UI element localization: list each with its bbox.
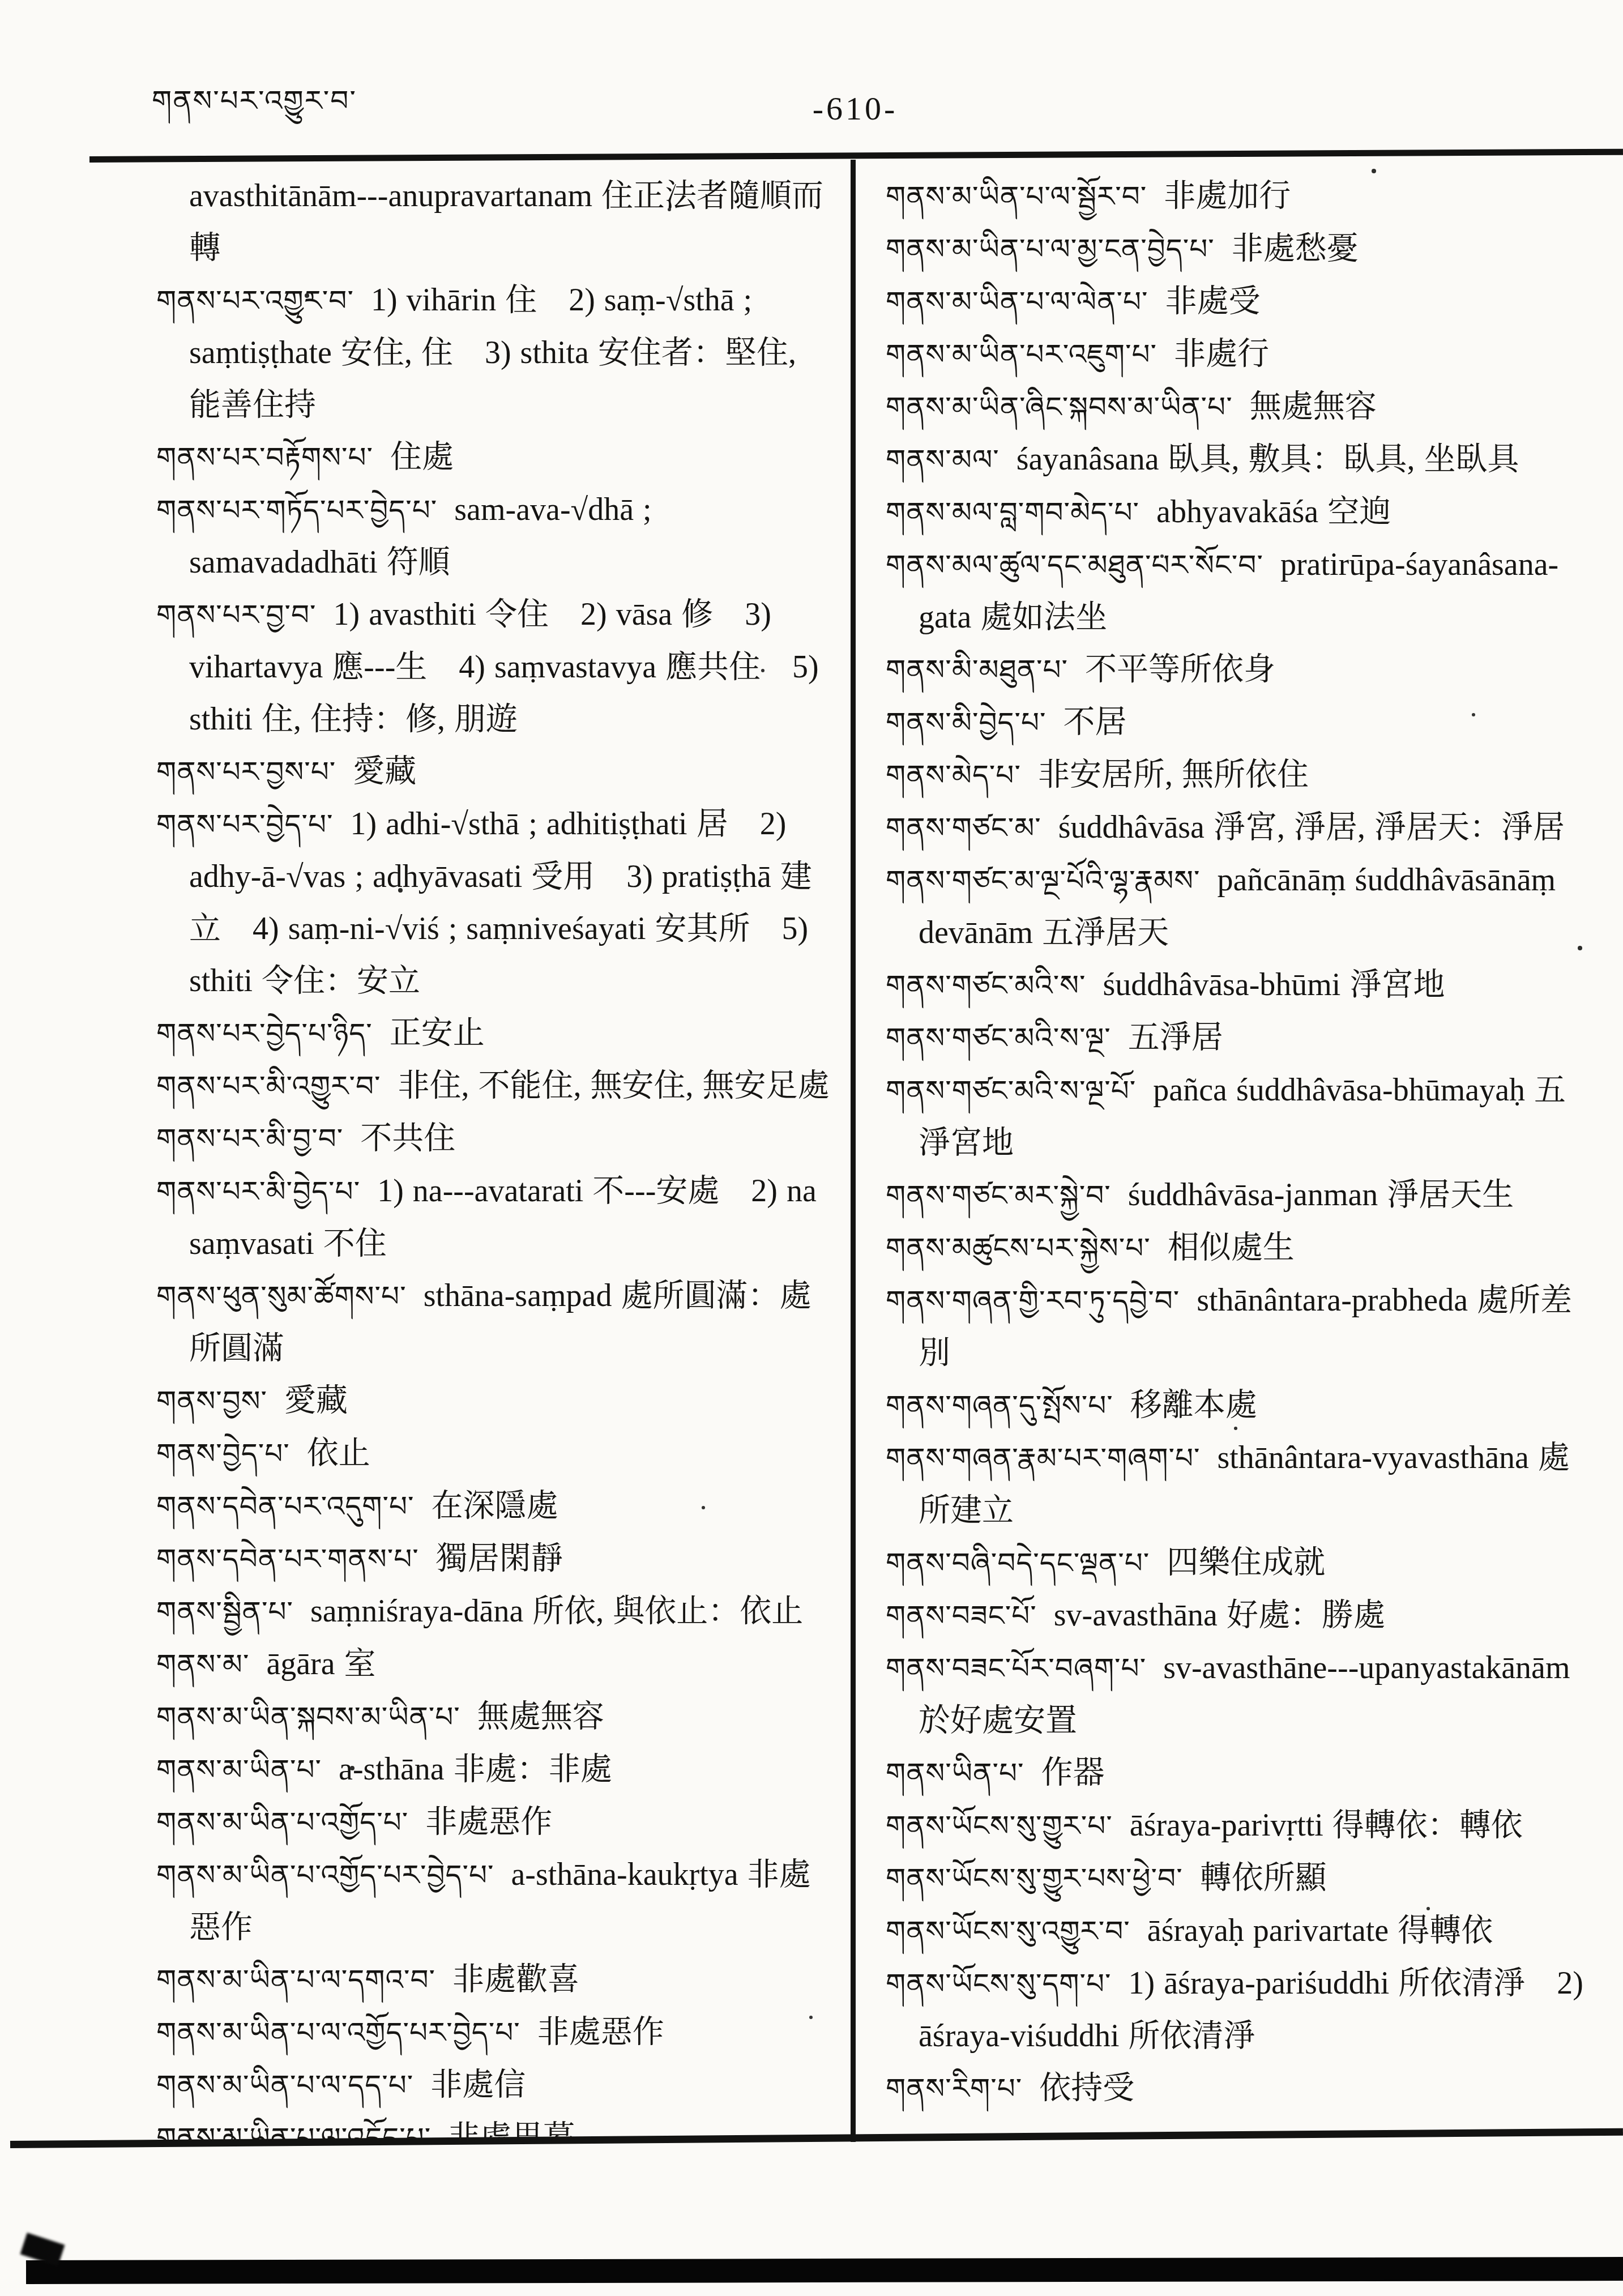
dictionary-entry: གནས་མ་ཡིན་པར་འཇུག་པ་非處行 bbox=[886, 328, 1594, 381]
scan-artifact-bottom-band bbox=[26, 2257, 1623, 2284]
tibetan-headword: གནས་པར་བྱ་བ་ bbox=[156, 599, 317, 631]
page-number: -610- bbox=[781, 89, 929, 127]
dictionary-entry: གནས་མ་ཡིན་པ་ལ་སྦྱོར་བ་非處加行 bbox=[886, 170, 1594, 223]
entry-definition: 無處無容 bbox=[1250, 389, 1377, 424]
tibetan-headword: གནས་མ་ཡིན་པ་ལ་མྱ་ངན་བྱེད་པ་ bbox=[886, 233, 1215, 266]
tibetan-headword: གནས་ཡོངས་སུ་གྱུར་པས་ཕྱེ་བ་ bbox=[886, 1862, 1183, 1895]
tibetan-headword: གནས་བྱེད་པ་ bbox=[156, 1437, 290, 1470]
entry-definition: 非處受 bbox=[1165, 284, 1261, 319]
dictionary-entry: གནས་བྱས་愛藏 bbox=[156, 1375, 836, 1427]
tibetan-headword: གནས་མལ་ཚུལ་དང་མཐུན་པར་སོང་བ་ bbox=[886, 549, 1263, 582]
entry-definition: 非處惡作 bbox=[537, 2015, 664, 2050]
entry-definition: a-sthāna 非處：非處 bbox=[339, 1752, 612, 1787]
tibetan-headword: གནས་གཞན་རྣམ་པར་གཞག་པ་ bbox=[886, 1442, 1200, 1475]
tibetan-headword: གནས་ཡོངས་སུ་དག་པ་ bbox=[886, 1968, 1112, 2000]
dictionary-entry: གནས་མ་āgāra 室 bbox=[156, 1638, 836, 1691]
header-rule bbox=[89, 149, 1623, 163]
tibetan-headword: གནས་མ་ཡིན་པ་ལ་དགའ་བ་ bbox=[156, 1964, 435, 1996]
entry-definition: 非處加行 bbox=[1164, 178, 1291, 214]
entry-definition: 非處思慕 bbox=[448, 2120, 575, 2141]
dictionary-entry: གནས་པར་འགྱུར་བ་1) vihārin 住 2) saṃ-√sthā… bbox=[156, 274, 836, 431]
tibetan-headword: གནས་རིག་པ་ bbox=[886, 2072, 1022, 2105]
dictionary-entry: གནས་པར་བྱས་པ་愛藏 bbox=[156, 745, 836, 798]
dictionary-entry: གནས་མཚུངས་པར་སྐྱེས་པ་相似處生 bbox=[886, 1222, 1594, 1274]
entry-definition: abhyavakāśa 空逈 bbox=[1156, 494, 1391, 530]
dictionary-entry: གནས་ཡོངས་སུ་དག་པ་1) āśraya-pariśuddhi 所依… bbox=[886, 1957, 1594, 2062]
tibetan-headword: གནས་ཡིན་པ་ bbox=[886, 1757, 1024, 1790]
dictionary-entry: གནས་མལ་བླ་གབ་མེད་པ་abhyavakāśa 空逈 bbox=[886, 486, 1594, 539]
entry-definition: 非處歡喜 bbox=[452, 1962, 579, 1997]
entry-definition: 正安止 bbox=[390, 1015, 485, 1051]
entry-definition: 作器 bbox=[1041, 1755, 1104, 1790]
tibetan-headword: གནས་བཞི་བདེ་དང་ལྡན་པ་ bbox=[886, 1547, 1150, 1580]
tibetan-headword: གནས་གཙང་མ་ bbox=[886, 812, 1041, 844]
entry-definition: avasthitānām---anupravartanam 住正法者隨順而轉 bbox=[189, 178, 823, 266]
dictionary-entry: གནས་མེད་པ་非安居所, 無所依住 bbox=[886, 749, 1594, 801]
entry-definition: 非安居所, 無所依住 bbox=[1038, 757, 1309, 792]
dictionary-entry: གནས་པར་བརྟོགས་པ་住處 bbox=[156, 431, 836, 484]
tibetan-headword: གནས་མ་ཡིན་པ་ལ་འདོད་པ་ bbox=[156, 2122, 431, 2141]
entry-definition: sv-avasthāna 好處：勝處 bbox=[1054, 1598, 1385, 1633]
dictionary-entry: གནས་མ་ཡིན་པ་ལ་དགའ་བ་非處歡喜 bbox=[156, 1953, 836, 2006]
dictionary-entry: གནས་མལ་śayanâsana 臥具, 敷具：臥具, 坐臥具 bbox=[886, 433, 1594, 486]
dictionary-entry: གནས་མ་ཡིན་པ་འགྱོད་པ་非處惡作 bbox=[156, 1796, 836, 1849]
entry-definition: āgāra 室 bbox=[266, 1646, 375, 1682]
dictionary-entry: གནས་པར་བྱེད་པ་1) adhi-√sthā ; adhitiṣṭha… bbox=[156, 798, 836, 1007]
tibetan-headword: གནས་པར་བྱས་པ་ bbox=[156, 756, 336, 788]
dictionary-entry: གནས་ཕུན་སུམ་ཚོགས་པ་sthāna-saṃpad 處所圓滿：處所… bbox=[156, 1270, 836, 1375]
entry-definition: āśraya-parivṛtti 得轉依：轉依 bbox=[1130, 1808, 1523, 1843]
dictionary-entry: གནས་པར་བྱེད་པ་ཉིད་正安止 bbox=[156, 1007, 836, 1060]
entry-definition: 不居 bbox=[1063, 705, 1126, 740]
left-column: avasthitānām---anupravartanam 住正法者隨順而轉གན… bbox=[156, 170, 836, 2141]
tibetan-headword: གནས་གཙང་མའི་ས་ལྔ་པོ་ bbox=[886, 1074, 1136, 1107]
dictionary-entry: གནས་མ་ཡིན་སྐབས་མ་ཡིན་པ་無處無容 bbox=[156, 1691, 836, 1743]
tibetan-headword: གནས་གཙང་མའི་ས་ bbox=[886, 969, 1086, 1002]
tibetan-headword: གནས་མི་མཐུན་པ་ bbox=[886, 654, 1068, 686]
entry-definition: 不平等所依身 bbox=[1085, 652, 1275, 687]
tibetan-headword: གནས་མ་ཡིན་ཞིང་སྐབས་མ་ཡིན་པ་ bbox=[886, 391, 1233, 424]
dictionary-entry: avasthitānām---anupravartanam 住正法者隨順而轉 bbox=[156, 170, 836, 274]
tibetan-headword: གནས་མལ་ bbox=[886, 443, 1000, 476]
tibetan-headword: གནས་པར་འགྱུར་བ་ bbox=[156, 284, 354, 317]
tibetan-headword: གནས་དབེན་པར་འདུག་པ་ bbox=[156, 1490, 415, 1523]
tibetan-headword: གནས་པར་མི་བྱ་བ་ bbox=[156, 1123, 343, 1155]
entry-definition: 在深隱處 bbox=[432, 1488, 558, 1523]
tibetan-headword: གནས་པར་བྱེད་པ་ bbox=[156, 808, 334, 841]
dictionary-entry: གནས་གཙང་མ་ལྔ་པོའི་ལྷ་རྣམས་pañcānāṃ śuddh… bbox=[886, 854, 1594, 959]
right-column: གནས་མ་ཡིན་པ་ལ་སྦྱོར་བ་非處加行གནས་མ་ཡིན་པ་ལ་… bbox=[886, 170, 1594, 2141]
column-divider bbox=[851, 160, 856, 2142]
tibetan-headword: གནས་མ་ཡིན་པ་ bbox=[156, 1753, 322, 1786]
dictionary-entry: གནས་པར་གཏོད་པར་བྱེད་པ་sam-ava-√dhā ; sam… bbox=[156, 484, 836, 588]
entry-definition: 愛藏 bbox=[353, 754, 416, 789]
entry-definition: 相似處生 bbox=[1168, 1230, 1295, 1265]
entry-definition: 住處 bbox=[390, 439, 454, 475]
entry-definition: 獨居閑靜 bbox=[436, 1541, 563, 1576]
tibetan-headword: གནས་པར་བརྟོགས་པ་ bbox=[156, 441, 373, 474]
entry-definition: 非處愁憂 bbox=[1232, 231, 1359, 266]
dictionary-entry: གནས་གཙང་མའི་ས་śuddhâvāsa-bhūmi 淨宮地 bbox=[886, 959, 1594, 1012]
scan-artifact-speckles bbox=[0, 0, 2, 2]
entry-definition: 移離本處 bbox=[1130, 1388, 1257, 1423]
tibetan-headword: གནས་པར་མི་འགྱུར་བ་ bbox=[156, 1070, 381, 1103]
tibetan-headword: གནས་གཞན་དུ་སྤོས་པ་ bbox=[886, 1389, 1113, 1422]
tibetan-headword: གནས་བྱས་ bbox=[156, 1385, 267, 1418]
tibetan-headword: གནས་ཡོངས་སུ་གྱུར་པ་ bbox=[886, 1810, 1113, 1842]
entry-definition: śuddhâvāsa 淨宮, 淨居, 淨居天：淨居 bbox=[1058, 810, 1565, 845]
dictionary-entry: གནས་གཙང་མའི་ས་ལྔ་五淨居 bbox=[886, 1012, 1594, 1064]
entry-definition: 五淨居 bbox=[1128, 1020, 1223, 1055]
tibetan-headword: གནས་གཙང་མར་སྐྱེ་བ་ bbox=[886, 1179, 1111, 1212]
tibetan-headword: གནས་མ་ bbox=[156, 1648, 249, 1681]
tibetan-headword: གནས་མ་ཡིན་པར་འཇུག་པ་ bbox=[886, 338, 1157, 371]
entry-definition: 四樂住成就 bbox=[1167, 1545, 1325, 1580]
tibetan-headword: གནས་ཡོངས་སུ་འགྱུར་བ་ bbox=[886, 1915, 1130, 1948]
tibetan-headword: གནས་མ་ཡིན་པ་ལ་ལེན་པ་ bbox=[886, 285, 1148, 318]
tibetan-headword: གནས་གཙང་མ་ལྔ་པོའི་ལྷ་རྣམས་ bbox=[886, 864, 1201, 897]
dictionary-entry: གནས་གཞན་དུ་སྤོས་པ་移離本處 bbox=[886, 1379, 1594, 1432]
dictionary-entry: གནས་བཞི་བདེ་དང་ལྡན་པ་四樂住成就 bbox=[886, 1537, 1594, 1589]
dictionary-entry: གནས་བྱེད་པ་依止 bbox=[156, 1427, 836, 1480]
tibetan-headword: གནས་གཙང་མའི་ས་ལྔ་ bbox=[886, 1022, 1111, 1055]
entry-definition: 非處信 bbox=[430, 2067, 526, 2102]
tibetan-headword: གནས་བཟང་པོ་ bbox=[886, 1599, 1037, 1632]
entry-definition: 愛藏 bbox=[284, 1383, 348, 1418]
tibetan-headword: གནས་པར་མི་བྱེད་པ་ bbox=[156, 1175, 360, 1208]
entry-definition: 無處無容 bbox=[477, 1699, 604, 1734]
dictionary-entry: གནས་ཡོངས་སུ་གྱུར་པས་ཕྱེ་བ་轉依所顯 bbox=[886, 1852, 1594, 1905]
entry-definition: śuddhâvāsa-bhūmi 淨宮地 bbox=[1103, 967, 1445, 1002]
tibetan-headword: གནས་མ་ཡིན་པ་འགྱོད་པ་ bbox=[156, 1806, 408, 1839]
entry-definition: 非處惡作 bbox=[425, 1804, 552, 1840]
dictionary-entry: གནས་གཙང་མ་śuddhâvāsa 淨宮, 淨居, 淨居天：淨居 bbox=[886, 801, 1594, 854]
dictionary-entry: གནས་གཞན་རྣམ་པར་གཞག་པ་sthānântara-vyavast… bbox=[886, 1432, 1594, 1537]
tibetan-headword: གནས་མཚུངས་པར་སྐྱེས་པ་ bbox=[886, 1232, 1151, 1265]
entry-definition: āśrayaḥ parivartate 得轉依 bbox=[1147, 1913, 1493, 1948]
entry-definition: saṃniśraya-dāna 所依, 與依止：依止 bbox=[310, 1594, 803, 1629]
dictionary-entry: གནས་མ་ཡིན་པ་ལ་ལེན་པ་非處受 bbox=[886, 275, 1594, 328]
dictionary-entry: གནས་གཙང་མའི་ས་ལྔ་པོ་pañca śuddhâvāsa-bhū… bbox=[886, 1064, 1594, 1169]
running-head-tibetan: གནས་པར་འགྱུར་བ་ bbox=[152, 84, 357, 118]
entry-definition: 依止 bbox=[307, 1436, 370, 1471]
dictionary-entry: གནས་མི་བྱེད་པ་不居 bbox=[886, 696, 1594, 749]
entry-definition: 不共住 bbox=[360, 1121, 455, 1156]
tibetan-headword: གནས་མ་ཡིན་པ་ལ་སྦྱོར་བ་ bbox=[886, 180, 1147, 213]
dictionary-entry: གནས་གཞན་གྱི་རབ་ཏུ་དབྱེ་བ་sthānântara-pra… bbox=[886, 1274, 1594, 1379]
tibetan-headword: གནས་ཕུན་སུམ་ཚོགས་པ་ bbox=[156, 1280, 407, 1313]
tibetan-headword: གནས་མལ་བླ་གབ་མེད་པ་ bbox=[886, 496, 1139, 529]
dictionary-entry: གནས་བཟང་པོ་sv-avasthāna 好處：勝處 bbox=[886, 1589, 1594, 1642]
tibetan-headword: གནས་མེད་པ་ bbox=[886, 759, 1021, 792]
dictionary-entry: གནས་མ་ཡིན་པ་ལ་འདོད་པ་非處思慕 bbox=[156, 2111, 836, 2141]
dictionary-entry: གནས་མ་ཡིན་པ་ལ་དད་པ་非處信 bbox=[156, 2059, 836, 2111]
tibetan-headword: གནས་མ་ཡིན་པ་འགྱོད་པར་བྱེད་པ་ bbox=[156, 1859, 494, 1892]
tibetan-headword: གནས་དབེན་པར་གནས་པ་ bbox=[156, 1543, 419, 1576]
tibetan-headword: གནས་བཟང་པོར་བཞག་པ་ bbox=[886, 1652, 1146, 1685]
entry-definition: śuddhâvāsa-janman 淨居天生 bbox=[1128, 1177, 1514, 1213]
dictionary-page: གནས་པར་འགྱུར་བ་ -610- avasthitānām---anu… bbox=[0, 0, 1623, 2296]
tibetan-headword: གནས་སྦྱིན་པ་ bbox=[156, 1595, 293, 1628]
dictionary-entry: གནས་ཡིན་པ་作器 bbox=[886, 1747, 1594, 1799]
dictionary-entry: གནས་མི་མཐུན་པ་不平等所依身 bbox=[886, 643, 1594, 696]
tibetan-headword: གནས་པར་བྱེད་པ་ཉིད་ bbox=[156, 1017, 373, 1050]
dictionary-entry: གནས་པར་མི་བྱེད་པ་1) na---avatarati 不---安… bbox=[156, 1165, 836, 1270]
dictionary-entry: གནས་བཟང་པོར་བཞག་པ་sv-avasthāne---upanyas… bbox=[886, 1642, 1594, 1747]
entry-definition: 非處行 bbox=[1174, 336, 1269, 372]
entry-definition: 非住, 不能住, 無安住, 無安足處 bbox=[398, 1068, 830, 1103]
dictionary-entry: གནས་གཙང་མར་སྐྱེ་བ་śuddhâvāsa-janman 淨居天生 bbox=[886, 1169, 1594, 1222]
tibetan-headword: གནས་མ་ཡིན་སྐབས་མ་ཡིན་པ་ bbox=[156, 1701, 460, 1734]
dictionary-entry: གནས་སྦྱིན་པ་saṃniśraya-dāna 所依, 與依止：依止 bbox=[156, 1585, 836, 1638]
dictionary-entry: གནས་ཡོངས་སུ་གྱུར་པ་āśraya-parivṛtti 得轉依：… bbox=[886, 1799, 1594, 1852]
dictionary-entry: གནས་པར་མི་བྱ་བ་不共住 bbox=[156, 1112, 836, 1165]
tibetan-headword: གནས་མི་བྱེད་པ་ bbox=[886, 706, 1046, 739]
dictionary-entry: གནས་མ་ཡིན་པ་ལ་མྱ་ངན་བྱེད་པ་非處愁憂 bbox=[886, 223, 1594, 275]
entry-definition: 轉依所顯 bbox=[1200, 1860, 1327, 1896]
tibetan-headword: གནས་མ་ཡིན་པ་ལ་དད་པ་ bbox=[156, 2069, 413, 2102]
dictionary-entry: གནས་མ་ཡིན་པ་འགྱོད་པར་བྱེད་པ་a-sthāna-kau… bbox=[156, 1849, 836, 1953]
dictionary-entry: གནས་ཡོངས་སུ་འགྱུར་བ་āśrayaḥ parivartate … bbox=[886, 1905, 1594, 1957]
tibetan-headword: གནས་མ་ཡིན་པ་ལ་འགྱོད་པར་བྱེད་པ་ bbox=[156, 2016, 520, 2049]
entry-definition: śayanâsana 臥具, 敷具：臥具, 坐臥具 bbox=[1016, 442, 1519, 477]
tibetan-headword: གནས་པར་གཏོད་པར་བྱེད་པ་ bbox=[156, 494, 437, 527]
dictionary-entry: གནས་མ་ཡིན་ཞིང་སྐབས་མ་ཡིན་པ་無處無容 bbox=[886, 381, 1594, 433]
entry-definition: 依持受 bbox=[1039, 2071, 1134, 2106]
dictionary-entry: གནས་པར་མི་འགྱུར་བ་非住, 不能住, 無安住, 無安足處 bbox=[156, 1060, 836, 1112]
dictionary-entry: གནས་མ་ཡིན་པ་a-sthāna 非處：非處 bbox=[156, 1743, 836, 1796]
dictionary-entry: གནས་དབེན་པར་འདུག་པ་在深隱處 bbox=[156, 1480, 836, 1533]
dictionary-entry: གནས་དབེན་པར་གནས་པ་獨居閑靜 bbox=[156, 1533, 836, 1585]
dictionary-entry: གནས་པར་བྱ་བ་1) avasthiti 令住 2) vāsa 修 3)… bbox=[156, 588, 836, 745]
dictionary-entry: གནས་མ་ཡིན་པ་ལ་འགྱོད་པར་བྱེད་པ་非處惡作 bbox=[156, 2006, 836, 2059]
tibetan-headword: གནས་གཞན་གྱི་རབ་ཏུ་དབྱེ་བ་ bbox=[886, 1284, 1180, 1317]
dictionary-entry: གནས་རིག་པ་依持受 bbox=[886, 2062, 1594, 2115]
dictionary-entry: གནས་མལ་ཚུལ་དང་མཐུན་པར་སོང་བ་pratirūpa-śa… bbox=[886, 539, 1594, 643]
